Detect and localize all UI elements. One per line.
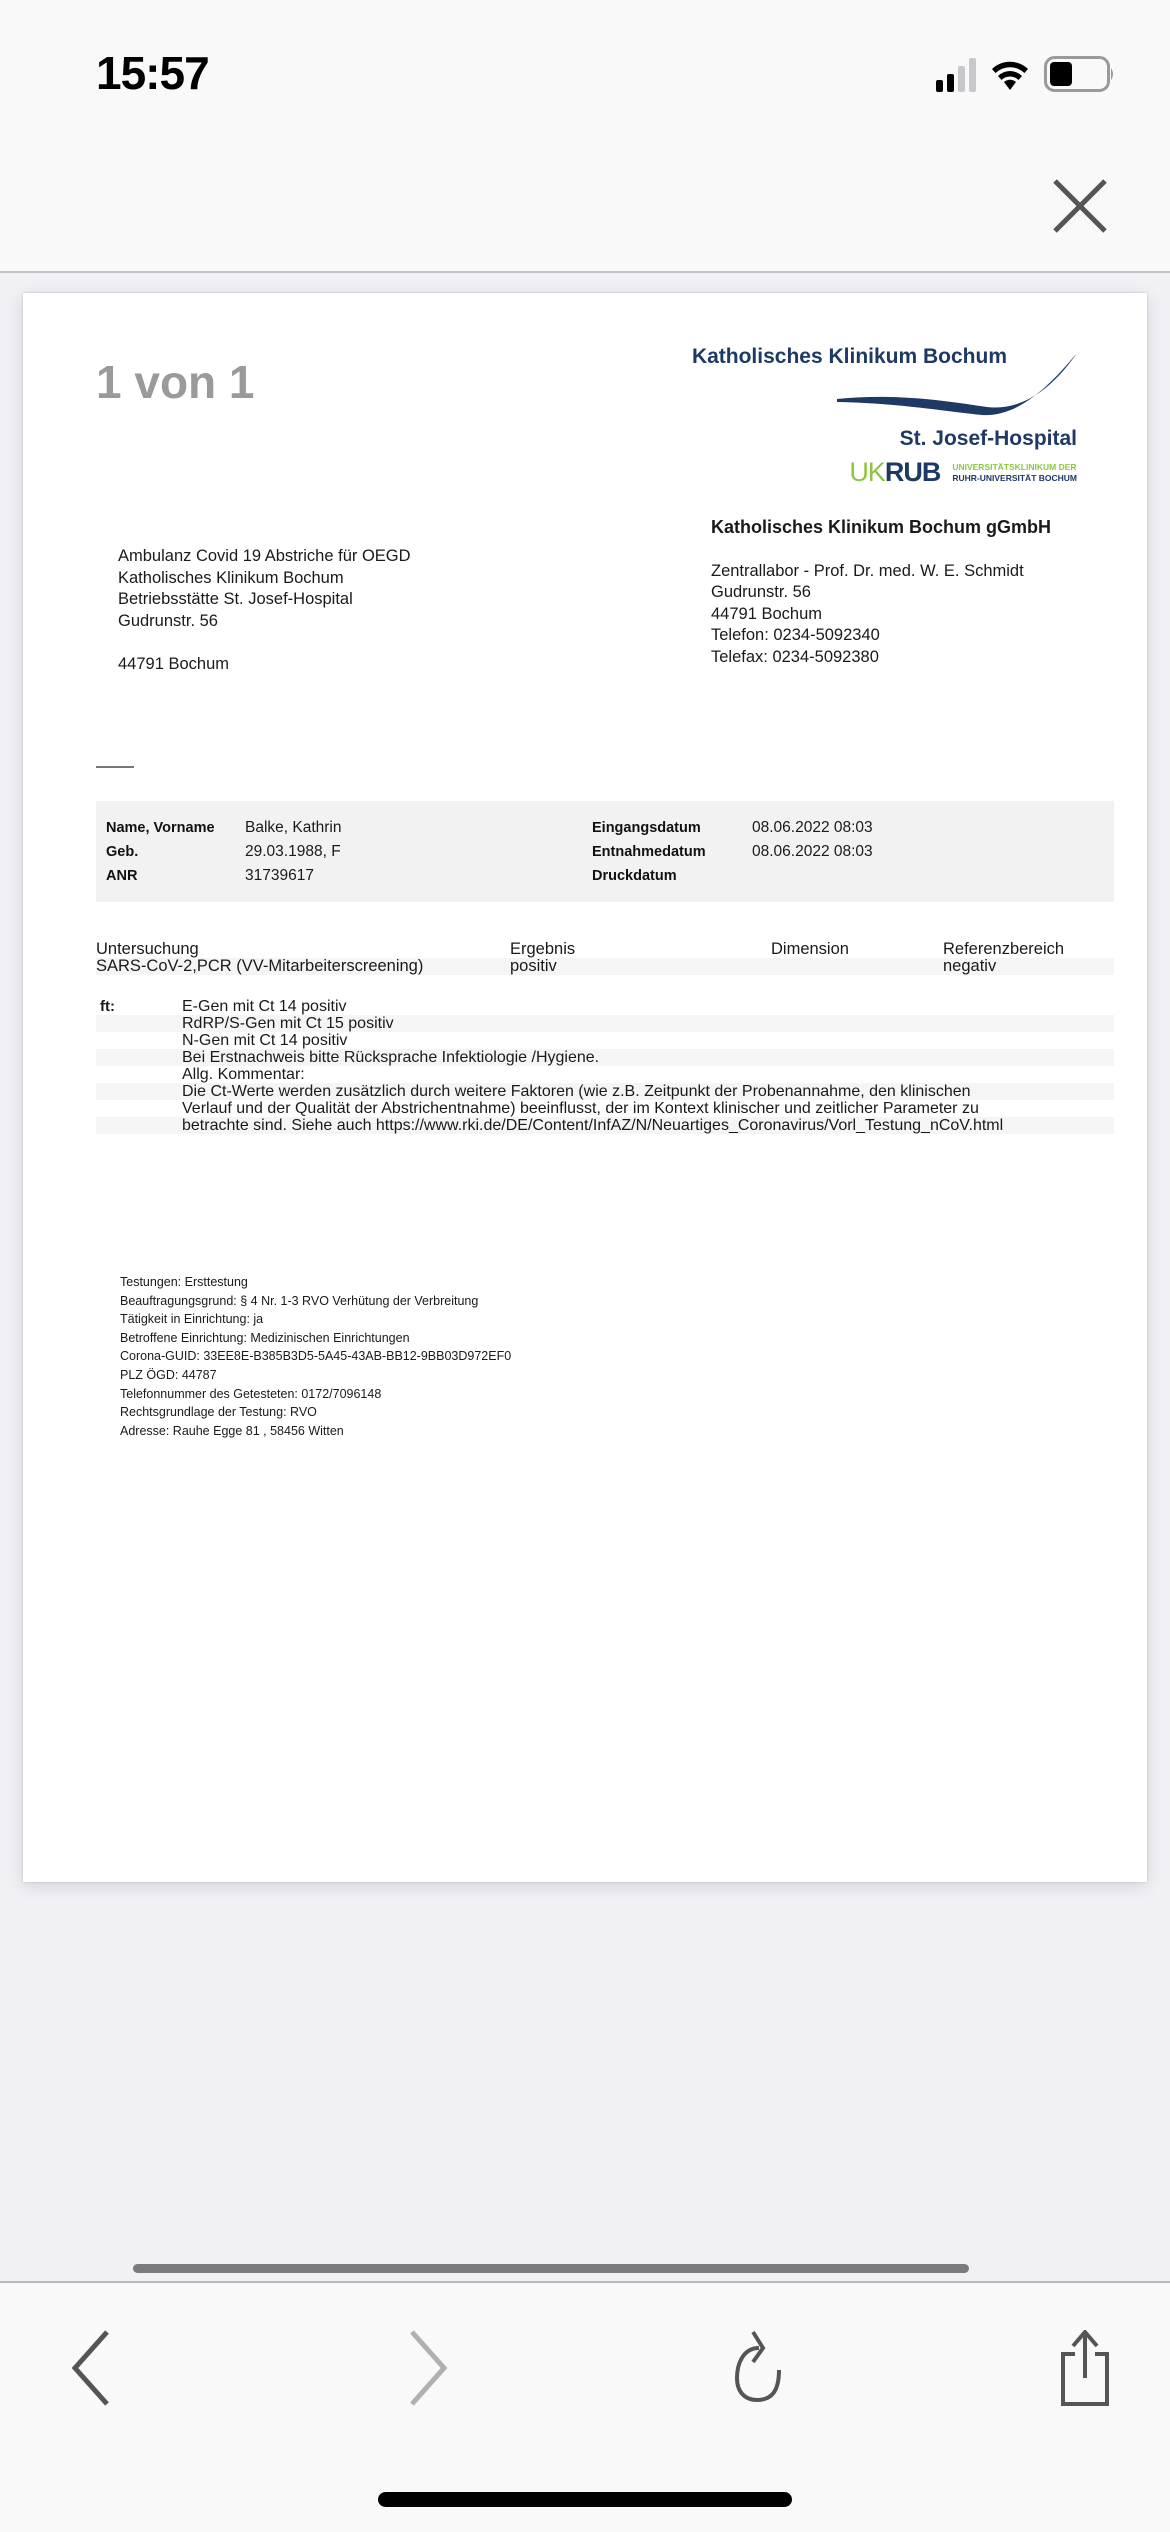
status-time: 15:57 [96,46,209,100]
patient-field-value: 31739617 [245,864,314,888]
patient-field-label: Geb. [106,840,245,864]
cell-test: SARS-CoV-2,PCR (VV-Mitarbeiterscreening) [96,958,510,975]
patient-info-box: Name, VornameBalke, Kathrin Geb.29.03.19… [96,801,1114,902]
findings-line: Bei Erstnachweis bitte Rücksprache Infek… [182,1049,1114,1066]
home-indicator [378,2492,792,2507]
sender-line: Gudrunstr. 56 [118,611,411,633]
results-header: Untersuchung Ergebnis Dimension Referenz… [96,941,1114,958]
findings-line: betrachte sind. Siehe auch https://www.r… [182,1117,1114,1134]
patient-field-value: Balke, Kathrin [245,816,342,840]
notes-block: Testungen: Ersttestung Beauftragungsgrun… [120,1273,511,1440]
logo-rub: RUB [885,457,941,487]
chevron-right-icon [408,2330,448,2406]
sender-line [118,632,411,654]
logo-uk: UK [849,457,885,487]
date-field-value: 08.06.2022 08:03 [752,816,873,840]
signal-icon [936,56,976,92]
note-line: Testungen: Ersttestung [120,1273,511,1292]
status-icons [936,52,1116,92]
forward-button[interactable] [383,2323,473,2413]
column-header: Ergebnis [510,941,771,958]
close-icon [1050,176,1110,236]
patient-field-label: ANR [106,864,245,888]
lab-line: Telefon: 0234-5092340 [711,625,1051,647]
reload-button[interactable] [714,2323,804,2413]
note-line: Adresse: Rauhe Egge 81 , 58456 Witten [120,1422,511,1441]
results-table: Untersuchung Ergebnis Dimension Referenz… [96,941,1114,975]
sender-line: Ambulanz Covid 19 Abstriche für OEGD [118,546,411,568]
patient-info-left: Name, VornameBalke, Kathrin Geb.29.03.19… [106,816,342,888]
findings-line: RdRP/S-Gen mit Ct 15 positiv [182,1015,1114,1032]
horizontal-scrollbar[interactable] [133,2264,969,2273]
divider [96,766,134,768]
note-line: Tätigkeit in Einrichtung: ja [120,1310,511,1329]
date-field-label: Entnahmedatum [592,840,752,864]
note-line: Telefonnummer des Getesteten: 0172/70961… [120,1385,511,1404]
battery-icon [1044,56,1116,92]
lab-company: Katholisches Klinikum Bochum gGmbH [711,517,1051,539]
findings-line: N-Gen mit Ct 14 positiv [182,1032,1114,1049]
note-line: Beauftragungsgrund: § 4 Nr. 1-3 RVO Verh… [120,1292,511,1311]
note-line: Corona-GUID: 33EE8E-B385B3D5-5A45-43AB-B… [120,1347,511,1366]
logo-sub-line2: RUHR-UNIVERSITÄT BOCHUM [952,473,1077,484]
date-field-label: Eingangsdatum [592,816,752,840]
findings-key: ft: [96,998,182,1015]
hospital-logo: Katholisches Klinikum Bochum St. Josef-H… [717,345,1077,485]
top-bar: 15:57 [0,0,1170,273]
logo-hospital-text: St. Josef-Hospital [900,427,1077,451]
date-field-label: Druckdatum [592,864,752,888]
patient-field-value: 29.03.1988, F [245,840,341,864]
back-button[interactable] [46,2323,136,2413]
close-button[interactable] [1050,176,1110,236]
ukrub-logo: UKRUB UNIVERSITÄTSKLINIKUM DER RUHR-UNIV… [849,457,1077,488]
findings-block: ft:E-Gen mit Ct 14 positiv RdRP/S-Gen mi… [96,998,1114,1134]
lab-line: Zentrallabor - Prof. Dr. med. W. E. Schm… [711,561,1051,583]
cell-reference: negativ [943,958,1114,975]
column-header: Referenzbereich [943,941,1114,958]
patient-info-right: Eingangsdatum08.06.2022 08:03 Entnahmeda… [592,816,873,888]
page-counter: 1 von 1 [96,355,255,409]
lab-address: Katholisches Klinikum Bochum gGmbH Zentr… [711,517,1051,668]
table-row: SARS-CoV-2,PCR (VV-Mitarbeiterscreening)… [96,958,1114,975]
findings-line: Verlauf und der Qualität der Abstrichent… [182,1100,1114,1117]
share-button[interactable] [1040,2323,1130,2413]
chevron-left-icon [71,2330,111,2406]
sender-address: Ambulanz Covid 19 Abstriche für OEGD Kat… [118,546,411,675]
reload-icon [729,2330,789,2406]
cell-dimension [771,958,943,975]
document-page[interactable]: 1 von 1 Katholisches Klinikum Bochum St.… [23,293,1147,1882]
lab-line: Telefax: 0234-5092380 [711,647,1051,669]
sender-line: Betriebsstätte St. Josef-Hospital [118,589,411,611]
note-line: Rechtsgrundlage der Testung: RVO [120,1403,511,1422]
cell-result: positiv [510,958,771,975]
wifi-icon [990,58,1030,92]
patient-field-label: Name, Vorname [106,816,245,840]
sender-line: Katholisches Klinikum Bochum [118,568,411,590]
findings-line: Allg. Kommentar: [182,1066,1114,1083]
share-icon [1055,2330,1115,2406]
findings-line: E-Gen mit Ct 14 positiv [182,998,1114,1015]
date-field-value: 08.06.2022 08:03 [752,840,873,864]
sender-line: 44791 Bochum [118,654,411,676]
column-header: Dimension [771,941,943,958]
lab-line: Gudrunstr. 56 [711,582,1051,604]
findings-line: Die Ct-Werte werden zusätzlich durch wei… [182,1083,1114,1100]
lab-line: 44791 Bochum [711,604,1051,626]
logo-swoosh-icon [837,349,1077,419]
note-line: Betroffene Einrichtung: Medizinischen Ei… [120,1329,511,1348]
column-header: Untersuchung [96,941,510,958]
note-line: PLZ ÖGD: 44787 [120,1366,511,1385]
logo-sub-line1: UNIVERSITÄTSKLINIKUM DER [952,462,1077,473]
